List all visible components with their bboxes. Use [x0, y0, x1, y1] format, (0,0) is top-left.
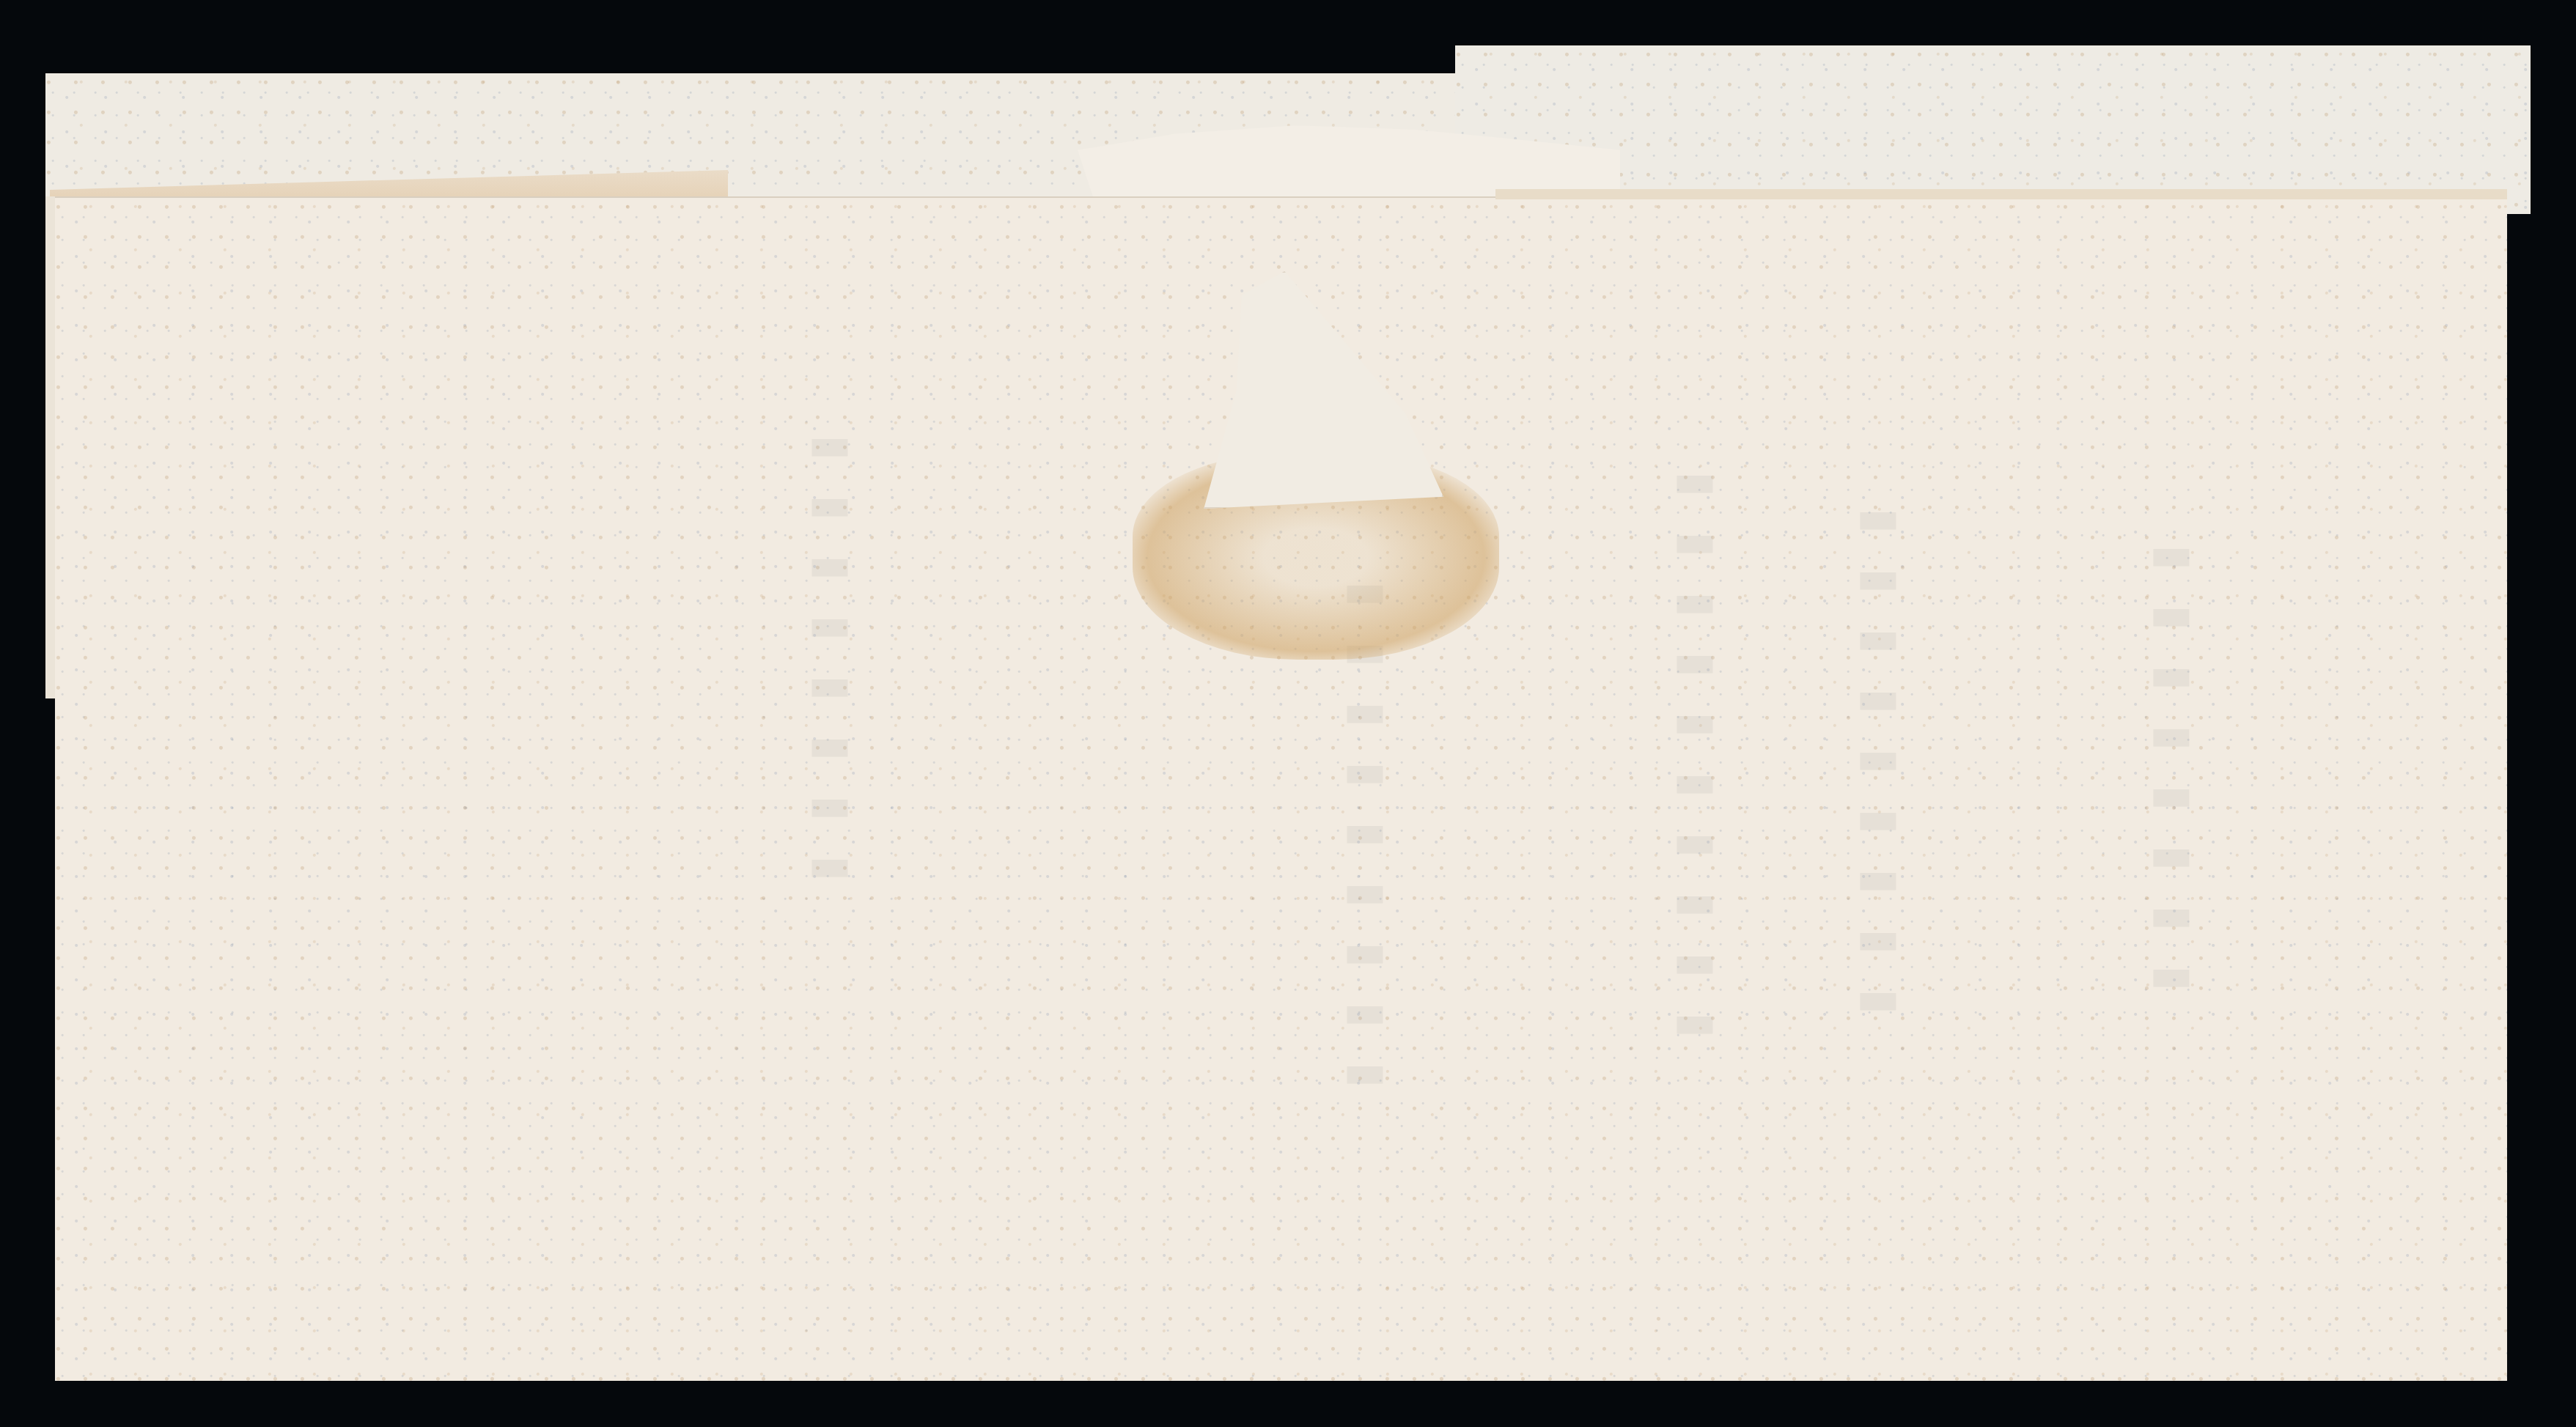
show-through-text: ▬▬▬▬▬▬▬▬▬▬	[1668, 454, 1722, 1055]
wax-seal-remnant	[1133, 271, 1499, 660]
show-through-text: ▬▬▬▬▬▬▬▬	[2144, 528, 2198, 1009]
fold-strip-right	[1495, 189, 2507, 199]
show-through-text: ▬▬▬▬▬▬▬▬	[803, 418, 857, 899]
show-through-text: ▬▬▬▬▬▬▬▬▬	[1851, 491, 1905, 1032]
seal-paper-fragment	[1191, 271, 1443, 509]
